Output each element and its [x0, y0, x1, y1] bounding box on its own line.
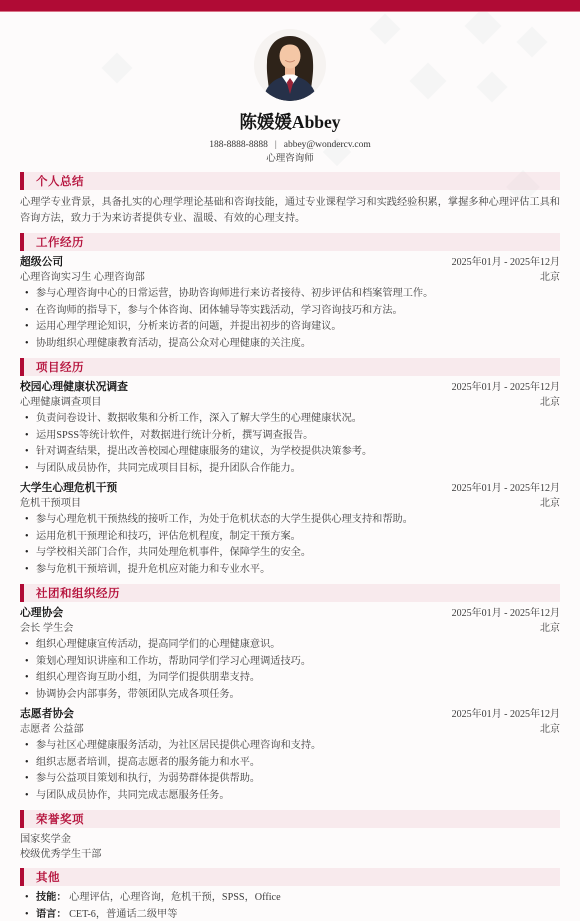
candidate-name: 陈媛媛Abbey: [0, 111, 580, 133]
honors-heading: 荣誉奖项: [20, 810, 560, 828]
section-summary: 个人总结 心理学专业背景，具备扎实的心理学理论基础和咨询技能，通过专业课程学习和…: [20, 172, 560, 227]
section-title: 项目经历: [36, 359, 84, 375]
project-name: 校园心理健康状况调查: [20, 380, 128, 395]
bullet-list: 参与社区心理健康服务活动，为社区居民提供心理咨询和支持。 组织志愿者培训，提高志…: [20, 738, 560, 804]
entry-header-row: 超级公司 2025年01月 - 2025年12月: [20, 255, 560, 271]
project-entry: 校园心理健康状况调查 2025年01月 - 2025年12月 心理健康调查项目 …: [20, 380, 560, 477]
bullet-item: 参与社区心理健康服务活动，为社区居民提供心理咨询和支持。: [20, 738, 560, 755]
entry-sub-row: 危机干预项目 北京: [20, 497, 560, 512]
resume-body: 个人总结 心理学专业背景，具备扎实的心理学理论基础和咨询技能，通过专业课程学习和…: [0, 172, 580, 921]
bullet-item: 在咨询师的指导下，参与个体咨询、团体辅导等实践活动，学习咨询技巧和方法。: [20, 303, 560, 320]
other-list: 技能： 心理评估，心理咨询，危机干预，SPSS，Office 语言： CET-6…: [20, 890, 560, 921]
section-other: 其他 技能： 心理评估，心理咨询，危机干预，SPSS，Office 语言： CE…: [20, 868, 560, 921]
bullet-list: 参与心理咨询中心的日常运营，协助咨询师进行来访者接待、初步评估和档案管理工作。 …: [20, 286, 560, 352]
heading-accent-bar: [20, 810, 24, 828]
company-name: 超级公司: [20, 255, 63, 270]
bullet-item: 组织志愿者培训，提高志愿者的服务能力和水平。: [20, 755, 560, 772]
heading-accent-bar: [20, 584, 24, 602]
organizations-heading: 社团和组织经历: [20, 584, 560, 602]
location: 北京: [540, 396, 560, 411]
organization-name: 心理协会: [20, 606, 63, 621]
project-name: 大学生心理危机干预: [20, 481, 117, 496]
bullet-list: 负责问卷设计、数据收集和分析工作，深入了解大学生的心理健康状况。 运用SPSS等…: [20, 411, 560, 477]
bullet-item: 与团队成员协作，共同完成志愿服务任务。: [20, 788, 560, 805]
organization-entry: 志愿者协会 2025年01月 - 2025年12月 志愿者 公益部 北京 参与社…: [20, 707, 560, 804]
role-title: 会长 学生会: [20, 622, 73, 637]
section-work: 工作经历 超级公司 2025年01月 - 2025年12月 心理咨询实习生 心理…: [20, 233, 560, 352]
avatar: [254, 29, 326, 101]
top-accent-bar: [0, 0, 580, 12]
bullet-item: 组织心理健康宣传活动，提高同学们的心理健康意识。: [20, 637, 560, 654]
bullet-item: 针对调查结果，提出改善校园心理健康服务的建议，为学校提供决策参考。: [20, 444, 560, 461]
bullet-item: 参与心理危机干预热线的接听工作，为处于危机状态的大学生提供心理支持和帮助。: [20, 512, 560, 529]
phone-number: 188-8888-8888: [209, 140, 268, 150]
projects-heading: 项目经历: [20, 358, 560, 376]
location: 北京: [540, 271, 560, 286]
work-heading: 工作经历: [20, 233, 560, 251]
bullet-list: 参与心理危机干预热线的接听工作，为处于危机状态的大学生提供心理支持和帮助。 运用…: [20, 512, 560, 578]
heading-accent-bar: [20, 172, 24, 190]
date-range: 2025年01月 - 2025年12月: [452, 256, 560, 271]
summary-heading: 个人总结: [20, 172, 560, 190]
entry-header-row: 大学生心理危机干预 2025年01月 - 2025年12月: [20, 481, 560, 497]
email-address: abbey@wondercv.com: [284, 140, 371, 150]
summary-text: 心理学专业背景，具备扎实的心理学理论基础和咨询技能，通过专业课程学习和实践经验积…: [20, 195, 560, 227]
honor-item: 校级优秀学生干部: [20, 847, 560, 862]
section-title: 个人总结: [36, 173, 84, 189]
section-organizations: 社团和组织经历 心理协会 2025年01月 - 2025年12月 会长 学生会 …: [20, 584, 560, 804]
contact-separator: |: [275, 140, 277, 150]
bullet-item: 运用心理学理论知识，分析来访者的问题，并提出初步的咨询建议。: [20, 319, 560, 336]
organization-name: 志愿者协会: [20, 707, 74, 722]
bullet-item: 组织心理咨询互助小组，为同学们提供朋辈支持。: [20, 670, 560, 687]
bullet-item: 与团队成员协作，共同完成项目目标，提升团队合作能力。: [20, 461, 560, 478]
language-label: 语言：: [36, 909, 67, 920]
location: 北京: [540, 497, 560, 512]
job-title: 心理咨询师: [0, 153, 580, 166]
work-entry: 超级公司 2025年01月 - 2025年12月 心理咨询实习生 心理咨询部 北…: [20, 255, 560, 352]
date-range: 2025年01月 - 2025年12月: [452, 381, 560, 396]
section-title: 其他: [36, 869, 60, 885]
entry-header-row: 心理协会 2025年01月 - 2025年12月: [20, 606, 560, 622]
role-title: 心理健康调查项目: [20, 396, 102, 411]
section-title: 荣誉奖项: [36, 811, 84, 827]
section-title: 工作经历: [36, 234, 84, 250]
entry-header-row: 志愿者协会 2025年01月 - 2025年12月: [20, 707, 560, 723]
role-title: 危机干预项目: [20, 497, 81, 512]
entry-sub-row: 志愿者 公益部 北京: [20, 723, 560, 738]
date-range: 2025年01月 - 2025年12月: [452, 482, 560, 497]
heading-accent-bar: [20, 868, 24, 886]
entry-sub-row: 心理咨询实习生 心理咨询部 北京: [20, 271, 560, 286]
contact-line: 188-8888-8888|abbey@wondercv.com: [0, 139, 580, 151]
location: 北京: [540, 622, 560, 637]
bullet-list: 组织心理健康宣传活动，提高同学们的心理健康意识。 策划心理知识讲座和工作坊，帮助…: [20, 637, 560, 703]
location: 北京: [540, 723, 560, 738]
bullet-item: 策划心理知识讲座和工作坊，帮助同学们学习心理调适技巧。: [20, 654, 560, 671]
language-item: 语言： CET-6，普通话二级甲等: [20, 907, 560, 921]
section-projects: 项目经历 校园心理健康状况调查 2025年01月 - 2025年12月 心理健康…: [20, 358, 560, 578]
bullet-item: 运用危机干预理论和技巧，评估危机程度，制定干预方案。: [20, 529, 560, 546]
honor-item: 国家奖学金: [20, 832, 560, 847]
heading-accent-bar: [20, 233, 24, 251]
bullet-item: 协助组织心理健康教育活动，提高公众对心理健康的关注度。: [20, 336, 560, 353]
skills-text: 心理评估，心理咨询，危机干预，SPSS，Office: [69, 892, 281, 903]
other-heading: 其他: [20, 868, 560, 886]
entry-sub-row: 会长 学生会 北京: [20, 622, 560, 637]
date-range: 2025年01月 - 2025年12月: [452, 607, 560, 622]
date-range: 2025年01月 - 2025年12月: [452, 708, 560, 723]
bullet-item: 负责问卷设计、数据收集和分析工作，深入了解大学生的心理健康状况。: [20, 411, 560, 428]
honors-list: 国家奖学金 校级优秀学生干部: [20, 832, 560, 862]
bullet-item: 参与心理咨询中心的日常运营，协助咨询师进行来访者接待、初步评估和档案管理工作。: [20, 286, 560, 303]
heading-accent-bar: [20, 358, 24, 376]
avatar-illustration: [254, 29, 326, 101]
role-title: 志愿者 公益部: [20, 723, 84, 738]
bullet-item: 与学校相关部门合作，共同处理危机事件，保障学生的安全。: [20, 545, 560, 562]
bullet-item: 参与公益项目策划和执行，为弱势群体提供帮助。: [20, 771, 560, 788]
bullet-item: 参与危机干预培训，提升危机应对能力和专业水平。: [20, 562, 560, 579]
resume-header: 陈媛媛Abbey 188-8888-8888|abbey@wondercv.co…: [0, 29, 580, 166]
section-title: 社团和组织经历: [36, 585, 120, 601]
section-honors: 荣誉奖项 国家奖学金 校级优秀学生干部: [20, 810, 560, 862]
entry-header-row: 校园心理健康状况调查 2025年01月 - 2025年12月: [20, 380, 560, 396]
skills-item: 技能： 心理评估，心理咨询，危机干预，SPSS，Office: [20, 890, 560, 907]
entry-sub-row: 心理健康调查项目 北京: [20, 396, 560, 411]
language-text: CET-6，普通话二级甲等: [69, 909, 177, 920]
skills-label: 技能：: [36, 892, 67, 903]
role-title: 心理咨询实习生 心理咨询部: [20, 271, 145, 286]
organization-entry: 心理协会 2025年01月 - 2025年12月 会长 学生会 北京 组织心理健…: [20, 606, 560, 703]
bullet-item: 协调协会内部事务，带领团队完成各项任务。: [20, 687, 560, 704]
project-entry: 大学生心理危机干预 2025年01月 - 2025年12月 危机干预项目 北京 …: [20, 481, 560, 578]
bullet-item: 运用SPSS等统计软件，对数据进行统计分析，撰写调查报告。: [20, 428, 560, 445]
